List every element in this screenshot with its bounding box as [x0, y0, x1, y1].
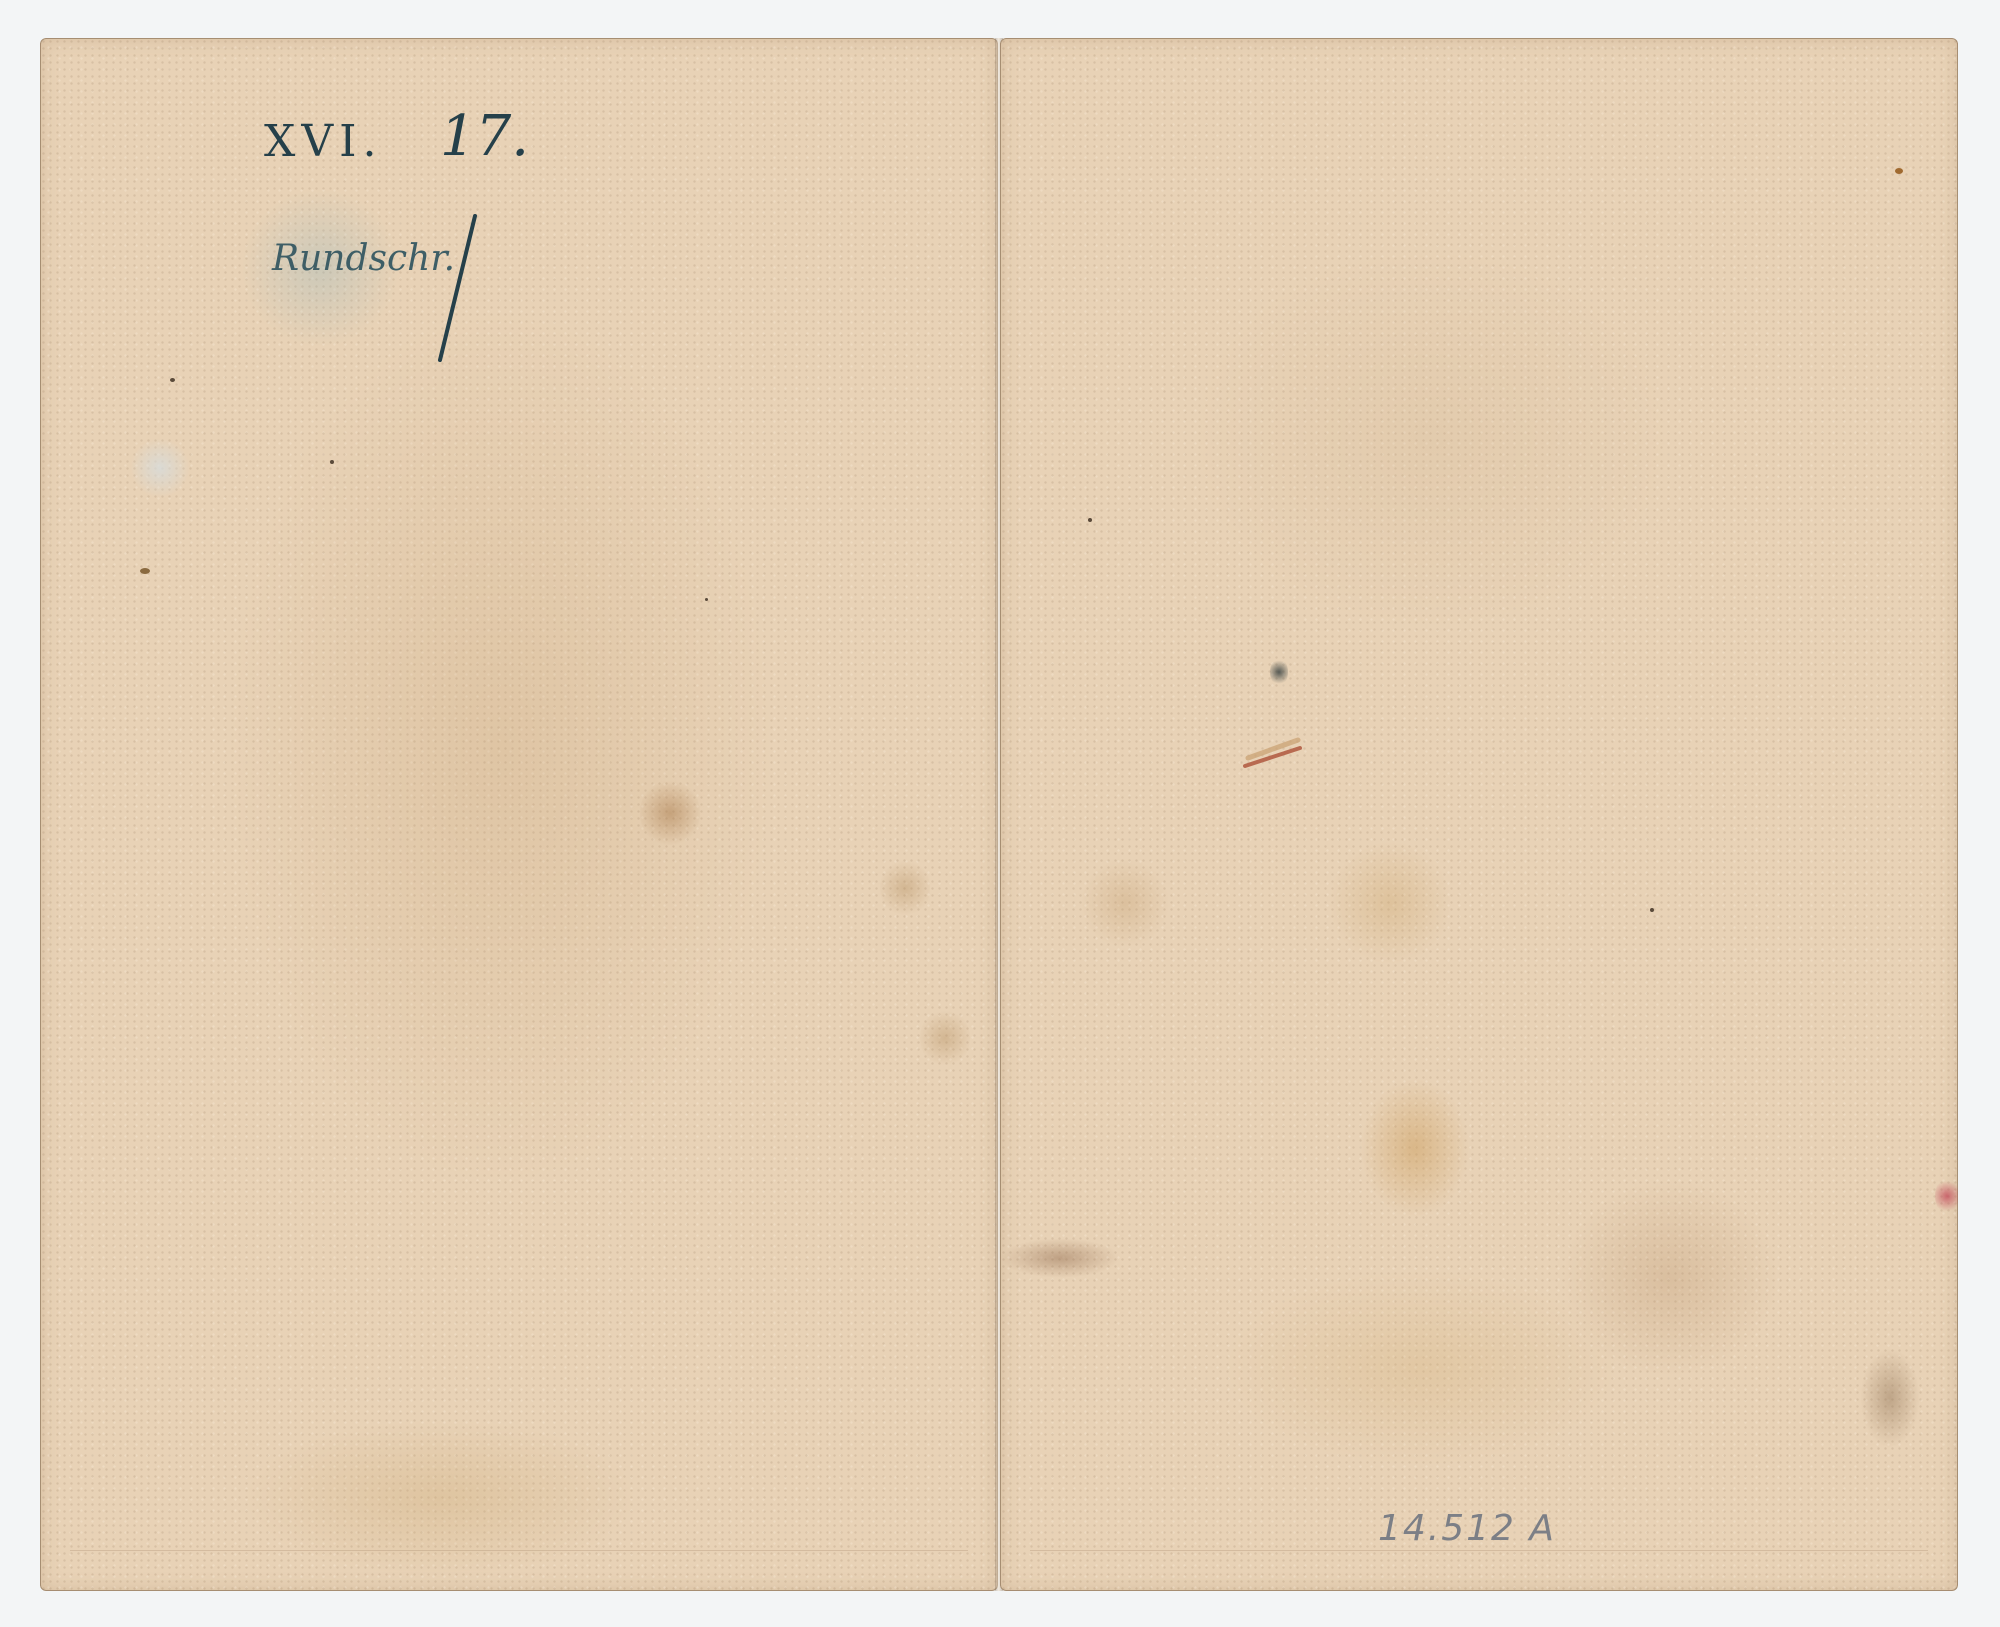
roman-numeral-annotation: XVI. — [264, 116, 382, 167]
crayon-mark — [1240, 728, 1310, 778]
pen-stroke — [420, 208, 500, 368]
speck — [1088, 518, 1092, 522]
speck — [1650, 908, 1654, 912]
speck — [1895, 168, 1903, 174]
speck — [330, 460, 334, 464]
printed-border-line — [1030, 1550, 1928, 1551]
printed-border-line — [70, 1550, 968, 1551]
number-annotation: 17. — [440, 104, 529, 169]
inventory-number: 14.512 A — [1378, 1508, 1556, 1549]
left-leaf: XVI. 17. Rundschr. — [40, 38, 998, 1591]
paper-texture — [40, 38, 998, 1591]
speck — [705, 598, 708, 601]
speck — [140, 568, 150, 574]
paper-texture — [1000, 38, 1958, 1591]
document-sheet: XVI. 17. Rundschr. 14.512 A — [40, 38, 1958, 1591]
right-leaf: 14.512 A — [1000, 38, 1958, 1591]
speck — [170, 378, 175, 382]
